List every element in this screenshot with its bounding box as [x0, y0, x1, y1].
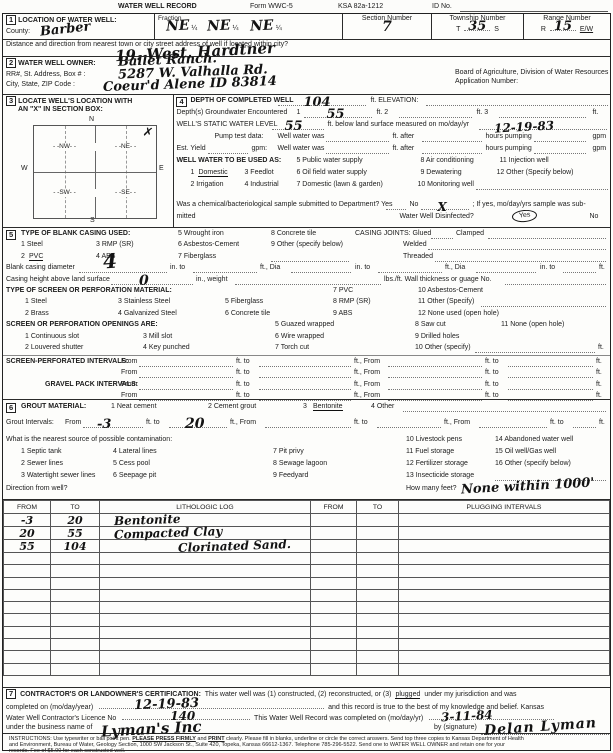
gpi-ft-2: ft.: [596, 392, 602, 399]
opening-option-4: 4 Key punched: [143, 344, 190, 351]
gpi-ftfrom-1: ft., From: [354, 381, 380, 388]
opening-option-10: 10 Other (specify): [415, 344, 471, 351]
grout-option-4: 4 Other: [371, 403, 394, 410]
chem-yes-blank: [386, 201, 406, 210]
grout-blank-5: [479, 419, 547, 428]
yield-blank-1: [326, 145, 389, 154]
lithologic-log-section: FROM TO LITHOLOGIC LOG FROM TO PLUGGING …: [3, 500, 610, 688]
use-option-10: 10 Monitoring well: [417, 181, 473, 188]
spi-ft: ft.: [596, 358, 602, 365]
depth-units-label: ft. ELEVATION:: [370, 97, 418, 104]
threaded-label: Threaded: [403, 253, 433, 260]
id-no-label: ID No.: [432, 3, 452, 10]
gpi-ftfrom-2: ft., From: [354, 392, 380, 399]
chem-no-blank: X: [421, 201, 469, 210]
quadrant-se: - -SE- -: [95, 189, 156, 197]
form-statute: KSA 82a-1212: [338, 3, 383, 10]
blank-casing-diameter-label: Blank casing diameter: [6, 264, 75, 271]
grout-option-3-bentonite: Bentonite: [313, 403, 343, 411]
completed-date-blank: 12-19-83: [99, 701, 324, 709]
center-horizontal-line: [34, 172, 156, 173]
contam-option-10: 10 Livestock pens: [406, 436, 462, 443]
use-option-6: 6 Oil field water supply: [296, 169, 366, 176]
form-header: WATER WELL RECORD Form WWC-5 KSA 82a-121…: [0, 1, 613, 13]
quadrant-sw: - -SW- -: [34, 189, 95, 197]
diameter-blank-6: [563, 264, 596, 273]
pump-test-label: Pump test data:: [214, 133, 263, 140]
casing-weight-label: in., weight: [196, 276, 228, 283]
log-header-to-1: TO: [51, 501, 100, 514]
groundwater-label: Depth(s) Groundwater Encountered: [176, 109, 287, 116]
use-option-5: 5 Public water supply: [296, 157, 362, 164]
how-many-feet-label: How many feet?: [406, 485, 457, 492]
instructions-print: PRINT: [208, 736, 225, 742]
quarter-2: ¼: [233, 25, 239, 32]
empty-log-row: [4, 553, 610, 565]
opening-option-7: 7 Torch cut: [275, 344, 309, 351]
log-row-1-from: -3: [4, 514, 51, 527]
empty-log-row: [4, 565, 610, 577]
depth-blank: 104: [278, 97, 366, 106]
distance-row: Distance and direction from nearest town…: [3, 40, 610, 57]
screen-option-10: 10 Asbestos-Cement: [418, 287, 483, 294]
casing-joints-label: CASING JOINTS: Glued: [355, 230, 431, 237]
contam-option-6: 6 Seepage pit: [113, 472, 156, 479]
use-option-4: 4 Industrial: [244, 181, 278, 188]
township-t: T: [456, 26, 460, 33]
section-box: - -NW- - - -NE- - - -SW- - - -SE- - ✗: [33, 125, 157, 219]
groundwater-1-blank: 55: [304, 109, 372, 118]
pump-blank-3: [534, 133, 586, 142]
fraction-1: NE: [166, 17, 190, 34]
clamped-blank: [488, 230, 606, 239]
wall-thickness-blank: [505, 276, 606, 285]
form-number: Form WWC-5: [250, 3, 293, 10]
spi-blank-6: [259, 369, 351, 378]
compass-w: W: [21, 165, 28, 172]
log-row-3: 55 104 Clorinated Sand.: [4, 540, 610, 553]
disinfected-yes-circled: Yes: [512, 209, 538, 223]
quarter-1: ¼: [191, 25, 197, 32]
instructions-line-3: records. Fee of $5.00 for each construct…: [9, 748, 604, 753]
welded-label: Welded: [403, 241, 427, 248]
form-body: 1 LOCATION OF WATER WELL: County: Barber…: [2, 13, 611, 751]
spi-ftto-4: ft. to: [485, 369, 499, 376]
casing-option-3: 3 RMP (SR): [96, 241, 134, 248]
quadrant-nw: - -NW- -: [34, 143, 95, 151]
empty-log-row: [4, 614, 610, 626]
measured-date-blank: 12-19-83: [479, 121, 607, 130]
empty-log-row: [4, 589, 610, 601]
elevation-blank: [426, 97, 608, 106]
opening-option-5: 5 Guazed wrapped: [275, 321, 334, 328]
grout-ft: ft.: [599, 419, 605, 426]
spi-ft-2: ft.: [596, 369, 602, 376]
spi-blank-5: [139, 369, 233, 378]
yield-hours: hours pumping: [485, 145, 531, 152]
yield-ft-after: ft. after: [392, 145, 414, 152]
grout-option-3-num: 3: [303, 403, 307, 410]
gpi-ftto-2: ft. to: [485, 381, 499, 388]
contam-option-1: 1 Septic tank: [21, 448, 61, 455]
log-header-to-2: TO: [357, 501, 399, 514]
township-blank: 35: [464, 23, 490, 31]
openings-title: SCREEN OR PERFORATION OPENINGS ARE:: [6, 321, 158, 328]
screen-option-6: 6 Concrete tile: [225, 310, 270, 317]
use-option-1-domestic: Domestic: [198, 169, 227, 177]
gpi-ftto-4: ft. to: [485, 392, 499, 399]
contam-option-12: 12 Fertilizer storage: [406, 460, 468, 467]
locate-title-2: AN "X" IN SECTION BOX:: [6, 106, 170, 113]
contam-option-4: 4 Lateral lines: [113, 448, 157, 455]
grout-ftfrom-1: ft., From: [230, 419, 256, 426]
grout-ftfrom-2: ft., From: [444, 419, 470, 426]
board-of-agriculture-text: Board of Agriculture, Division of Water …: [455, 69, 608, 76]
grout-option-2: 2 Cement grout: [208, 403, 256, 410]
contam-option-8: 8 Sewage lagoon: [273, 460, 327, 467]
chem-tail: ; If yes, mo/day/yrs sample was sub-: [472, 201, 585, 208]
yield-blank-2: [422, 145, 482, 154]
diameter-ft: ft.: [599, 264, 605, 271]
log-header-from-2: FROM: [311, 501, 357, 514]
casing-diameter-value: 4: [102, 248, 118, 273]
diameter-blank: [79, 264, 167, 273]
pump-blank-2: [422, 133, 482, 142]
use-title: WELL WATER TO BE USED AS:: [176, 157, 281, 164]
diameter-in-to-2: in. to: [355, 264, 370, 271]
grout-option-1: 1 Neat cement: [111, 403, 157, 410]
use-option-1-num: 1: [190, 169, 194, 176]
screen-option-12: 12 None used (open hole): [418, 310, 499, 317]
gpi-blank-2: [259, 381, 351, 390]
use-option-8: 8 Air conditioning: [420, 157, 473, 164]
groundwater-1-label: 1: [296, 109, 300, 116]
yield-blank-3: [534, 145, 586, 154]
gpi-blank-4: [508, 381, 593, 390]
diameter-blank-2: [193, 264, 257, 273]
section-3-locate: 3 LOCATE WELL'S LOCATION WITH AN "X" IN …: [3, 95, 174, 227]
contam-option-2: 2 Sewer lines: [21, 460, 63, 467]
static-level-blank: 55: [272, 121, 324, 130]
disinfected-label: Water Well Disinfected?: [399, 213, 473, 220]
section-7-badge: 7: [6, 689, 16, 699]
spi-ftfrom-1: ft., From: [354, 358, 380, 365]
opening-other-blank: [475, 344, 595, 353]
contam-option-3: 3 Watertight sewer lines: [21, 472, 95, 479]
spi-from-2: From: [121, 369, 137, 376]
grout-ftto-3: ft. to: [550, 419, 564, 426]
screen-option-1: 1 Steel: [25, 298, 47, 305]
empty-log-row: [4, 602, 610, 614]
casing-title: TYPE OF BLANK CASING USED:: [21, 230, 130, 237]
grout-intervals-label: Grout Intervals:: [6, 419, 54, 426]
pump-ft-after: ft. after: [392, 133, 414, 140]
log-header-from-1: FROM: [4, 501, 51, 514]
opening-option-2: 2 Louvered shutter: [25, 344, 83, 351]
county-label: County:: [6, 28, 30, 35]
diameter-ft-dia-1: ft., Dia: [260, 264, 280, 271]
empty-log-row: [4, 577, 610, 589]
section-5-casing: 5 TYPE OF BLANK CASING USED: 5 Wrought i…: [3, 228, 610, 400]
water-well-record-form: WATER WELL RECORD Form WWC-5 KSA 82a-121…: [0, 0, 613, 753]
yield-gpm: gpm: [592, 145, 606, 152]
spi-ftfrom-2: ft., From: [354, 369, 380, 376]
threaded-blank: [435, 253, 606, 262]
use-option-11: 11 Injection well: [499, 157, 548, 164]
section-2-owner: 2 WATER WELL OWNER: RR#, St. Address, Bo…: [3, 57, 610, 95]
application-number-label: Application Number:: [455, 78, 518, 85]
instructions-1e: clearly. Please fill in blanks, underlin…: [226, 736, 524, 742]
spi-ftto-1: ft. to: [236, 358, 250, 365]
screen-perforated-intervals-label: SCREEN-PERFORATED INTERVALS:: [6, 358, 129, 365]
contam-option-5: 5 Cess pool: [113, 460, 150, 467]
yield-gpm-colon: gpm:: [251, 145, 267, 152]
empty-log-row: [4, 651, 610, 663]
static-level-mid: ft. below land surface measured on mo/da…: [327, 121, 469, 128]
grout-from-blank: -3: [83, 419, 143, 428]
section-7-certification: 7 CONTRACTOR'S OR LANDOWNER'S CERTIFICAT…: [3, 688, 610, 734]
form-title: WATER WELL RECORD: [118, 3, 197, 10]
groundwater-3-label: ft. 3: [476, 109, 488, 116]
spi-blank-1: [139, 358, 233, 367]
spi-ftto-2: ft. to: [485, 358, 499, 365]
log-row-3-from: 55: [4, 540, 51, 553]
spi-ftto-3: ft. to: [236, 369, 250, 376]
screen-option-2: 2 Brass: [25, 310, 49, 317]
screen-option-9: 9 ABS: [333, 310, 352, 317]
casing-option-9: 9 Other (specify below): [271, 241, 343, 248]
yield-label: Est. Yield: [176, 145, 205, 152]
direction-from-well-label: Direction from well?: [6, 485, 67, 492]
screen-option-7: 7 PVC: [333, 287, 353, 294]
casing-option-1: 1 Steel: [21, 241, 43, 248]
instructions-3c: well.: [114, 748, 125, 753]
contam-option-9: 9 Feedyard: [273, 472, 308, 479]
gpi-blank-3: [388, 381, 482, 390]
instructions-block: INSTRUCTIONS: Use typewriter or ball poi…: [3, 734, 610, 753]
diameter-ft-dia-2: ft., Dia: [445, 264, 465, 271]
groundwater-2-label: ft. 2: [376, 109, 388, 116]
casing-option-5: 5 Wrought iron: [178, 230, 224, 237]
section-5-badge: 5: [6, 230, 16, 240]
section-3-4-row: 3 LOCATE WELL'S LOCATION WITH AN "X" IN …: [3, 95, 610, 228]
log-row-1-to: 20: [51, 514, 100, 527]
spi-blank-8: [508, 369, 593, 378]
range-value: 15: [554, 20, 572, 33]
screen-option-11: 11 Other (Specify): [418, 298, 474, 305]
empty-log-row: [4, 639, 610, 651]
fraction-2: NE: [207, 17, 231, 34]
gpi-ftto-3: ft. to: [236, 392, 250, 399]
cert-plugged-underlined: plugged: [395, 691, 420, 699]
spi-blank-7: [388, 369, 482, 378]
lithologic-log-table: FROM TO LITHOLOGIC LOG FROM TO PLUGGING …: [3, 500, 610, 676]
cert-completed-label: completed on (mo/day/year): [6, 704, 93, 711]
range-ew: E/W: [580, 26, 593, 33]
quadrant-ne: - -NE- -: [95, 143, 156, 151]
use-option-7: 7 Domestic (lawn & garden): [296, 181, 382, 188]
screen-option-8: 8 RMP (SR): [333, 298, 371, 305]
grout-to-blank: 20: [169, 419, 227, 428]
screen-option-4: 4 Galvanized Steel: [118, 310, 177, 317]
use-option-12: 12 Other (Specify below): [496, 169, 573, 176]
contam-option-15: 15 Oil well/Gas well: [495, 448, 556, 455]
range-r: R: [541, 26, 546, 33]
opening-option-1: 1 Continuous slot: [25, 333, 79, 340]
static-level-label: WELL'S STATIC WATER LEVEL: [176, 121, 277, 128]
casing-option-6: 6 Asbestos-Cement: [178, 241, 239, 248]
contam-option-7: 7 Pit privy: [273, 448, 304, 455]
gpi-from-2: From: [121, 392, 137, 399]
opening-option-8: 8 Saw cut: [415, 321, 446, 328]
grout-from-value: -3: [97, 418, 111, 431]
opening-ft: ft.: [598, 344, 604, 351]
use-option-2: 2 Irrigation: [190, 181, 223, 188]
contamination-title: What is the nearest source of possible c…: [6, 436, 172, 443]
grout-title: GROUT MATERIAL:: [21, 403, 86, 410]
contam-option-14: 14 Abandoned water well: [495, 436, 573, 443]
yield-blank: [208, 145, 248, 154]
opening-option-6: 6 Wire wrapped: [275, 333, 324, 340]
township-value: 35: [468, 20, 486, 33]
contam-option-11: 11 Fuel storage: [406, 448, 454, 455]
casing-other-blank: [271, 253, 349, 262]
chem-mitted: mitted: [176, 213, 195, 220]
wall-thickness-label: lbs./ft. Wall thickness or guage No.: [384, 276, 492, 283]
section-2-badge: 2: [6, 58, 16, 68]
casing-option-2-pvc: PVC: [29, 253, 43, 261]
grout-blank-3: [265, 419, 351, 428]
range-blank: 15: [550, 23, 576, 31]
weight-blank: [235, 276, 381, 285]
record-completed-label: This Water Well Record was completed on …: [254, 715, 423, 722]
diameter-in-to-3: in. to: [540, 264, 555, 271]
pump-well-water-was: Well water was: [277, 133, 324, 140]
spi-from-1: From: [121, 358, 137, 365]
log-header-plugging: PLUGGING INTERVALS: [399, 501, 610, 514]
grout-other-blank: [403, 403, 606, 412]
gpi-from-1: From: [121, 381, 137, 388]
contam-option-16: 16 Other (specify below): [495, 460, 571, 467]
glued-blank: [431, 230, 453, 239]
diameter-blank-5: [476, 264, 536, 273]
cert-line2b: and this record is true to the best of m…: [328, 704, 544, 711]
monitoring-blank: [476, 181, 608, 190]
screen-option-3: 3 Stainless Steel: [118, 298, 170, 305]
yield-well-water-was: Well water was: [277, 145, 324, 152]
pump-gpm: gpm: [592, 133, 606, 140]
distance-label: Distance and direction from nearest town…: [3, 40, 610, 49]
casing-option-8: 8 Concrete tile: [271, 230, 316, 237]
cert-line1b: under my jurisdiction and was: [424, 691, 516, 698]
section-4-depth: 4 DEPTH OF COMPLETED WELL 104 ft. ELEVAT…: [174, 95, 610, 227]
grout-blank-6: [573, 419, 596, 428]
pump-blank-1: [326, 133, 389, 142]
groundwater-3-blank: [499, 109, 586, 118]
spi-blank-2: [259, 358, 351, 367]
opening-option-3: 3 Mill slot: [143, 333, 172, 340]
section-6-grout: 6 GROUT MATERIAL: 1 Neat cement 2 Cement…: [3, 400, 610, 500]
grout-blank-4: [377, 419, 441, 428]
diameter-blank-3: [291, 264, 351, 273]
opening-option-11: 11 None (open hole): [501, 321, 564, 328]
casing-height-blank: 0: [111, 276, 193, 285]
gpi-ftto-1: ft. to: [236, 381, 250, 388]
section-4-badge: 4: [176, 97, 186, 107]
grout-to-value: 20: [185, 417, 204, 431]
casing-option-2-num: 2: [21, 253, 25, 260]
pump-hours: hours pumping: [485, 133, 531, 140]
spi-blank-3: [388, 358, 482, 367]
section-number-value: 7: [382, 19, 392, 35]
signature-label: by (signature): [434, 724, 477, 731]
log-row-3-to: 104: [51, 540, 100, 553]
spi-blank-4: [508, 358, 593, 367]
empty-log-row: [4, 626, 610, 638]
disinfected-no: No: [589, 213, 598, 220]
compass-n: N: [89, 116, 94, 123]
id-no-blank: [460, 3, 608, 12]
section-6-badge: 6: [6, 403, 16, 413]
casing-option-7: 7 Fiberglass: [178, 253, 216, 260]
diameter-in-to-1: in. to: [170, 264, 185, 271]
quarter-3: ¼: [276, 25, 282, 32]
log-row-3-desc: Clorinated Sand.: [100, 540, 311, 553]
contam-option-13: 13 Insecticide storage: [406, 472, 474, 479]
log-row-1: -3 20 Bentonite: [4, 514, 610, 527]
section-3-badge: 3: [6, 96, 16, 106]
log-row-2: 20 55 Compacted Clay: [4, 527, 610, 540]
casing-height-label: Casing height above land surface: [6, 276, 110, 283]
log-row-2-from: 20: [4, 527, 51, 540]
licence-label: Water Well Contractor's Licence No: [6, 715, 116, 722]
gpi-ft: ft.: [596, 381, 602, 388]
instructions-constructed: constructed: [84, 748, 112, 753]
locate-title-1: LOCATE WELL'S LOCATION WITH: [18, 98, 132, 105]
township-s: S: [494, 26, 499, 33]
grout-ftto-2: ft. to: [354, 419, 368, 426]
use-option-3: 3 Feedlot: [244, 169, 273, 176]
welded-blank: [428, 241, 606, 250]
screen-material-title: TYPE OF SCREEN OR PERFORATION MATERIAL:: [6, 287, 172, 294]
clamped-label: Clamped: [456, 230, 484, 237]
cert-line1a: This water well was (1) constructed, (2)…: [205, 691, 392, 698]
screen-option-5: 5 Fiberglass: [225, 298, 263, 305]
diameter-blank-4: [378, 264, 442, 273]
groundwater-ft: ft.: [592, 109, 598, 116]
chem-no-label: No: [409, 201, 418, 208]
compass-e: E: [159, 165, 164, 172]
opening-option-9: 9 Drilled holes: [415, 333, 459, 340]
business-name-label: under the business name of: [6, 724, 92, 731]
section-1-badge: 1: [6, 15, 16, 25]
log-row-2-to: 55: [51, 527, 100, 540]
fraction-3: NE: [250, 17, 274, 34]
well-location-x-mark: ✗: [142, 124, 154, 140]
gpi-blank-1: [139, 381, 233, 390]
chem-sample-question: Was a chemical/bacteriological sample su…: [176, 201, 392, 208]
grout-from-label: From: [65, 419, 81, 426]
groundwater-2-blank: [399, 109, 472, 118]
screen-other-blank: [481, 298, 606, 307]
instructions-1c: and: [197, 736, 206, 742]
log-header-litho: LITHOLOGIC LOG: [100, 501, 311, 514]
use-option-9: 9 Dewatering: [420, 169, 461, 176]
instructions-3a: records. Fee of $5.00 for each: [9, 748, 83, 753]
record-date-value: 3-11-84: [441, 709, 493, 724]
owner-title: WATER WELL OWNER:: [18, 60, 96, 67]
section-1-location: 1 LOCATION OF WATER WELL: County: Barber…: [3, 14, 610, 40]
